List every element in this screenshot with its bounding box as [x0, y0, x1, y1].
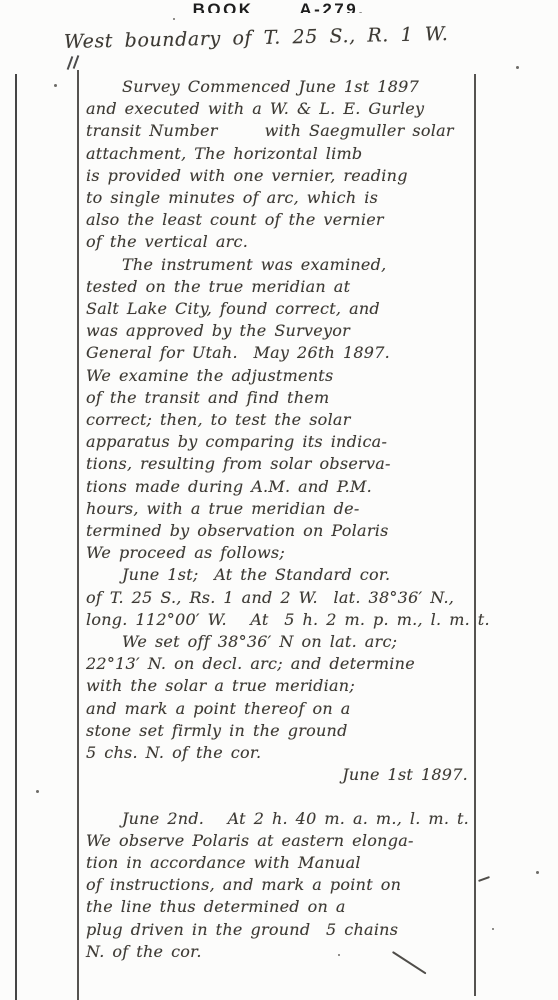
manuscript-line: We observe Polaris at eastern elonga- — [86, 830, 480, 852]
manuscript-line: 5 chs. N. of the cor. — [86, 742, 480, 764]
manuscript-line: of the vertical arc. — [86, 231, 480, 253]
manuscript-line: of T. 25 S., Rs. 1 and 2 W. lat. 38°36′ … — [86, 587, 480, 609]
scan-speck — [173, 18, 175, 20]
left-margin-rule — [77, 70, 79, 1000]
manuscript-line: Salt Lake City, found correct, and — [86, 298, 480, 320]
manuscript-line: June 1st; At the Standard cor. — [86, 564, 480, 586]
manuscript-line: N. of the cor. — [86, 941, 480, 963]
margin-tick-mark — [73, 55, 80, 69]
paragraph: June 1st 1897. — [86, 764, 480, 786]
manuscript-line: stone set firmly in the ground — [86, 720, 480, 742]
book-header-text: BOOK A-279. — [193, 0, 366, 13]
manuscript-line: We proceed as follows; — [86, 542, 480, 564]
manuscript-line: tions, resulting from solar observa- — [86, 453, 480, 475]
manuscript-line: also the least count of the vernier — [86, 209, 480, 231]
manuscript-line: tions made during A.M. and P.M. — [86, 476, 480, 498]
paragraph: The instrument was examined,tested on th… — [86, 254, 480, 565]
manuscript-line: June 2nd. At 2 h. 40 m. a. m., l. m. t. — [86, 808, 480, 830]
manuscript-line: the line thus determined on a — [86, 896, 480, 918]
manuscript-line: to single minutes of arc, which is — [86, 187, 480, 209]
manuscript-line: Survey Commenced June 1st 1897 — [86, 76, 480, 98]
manuscript-line: of the transit and find them — [86, 387, 480, 409]
manuscript-body: Survey Commenced June 1st 1897and execut… — [86, 76, 480, 963]
manuscript-line: and mark a point thereof on a — [86, 698, 480, 720]
scan-speck — [516, 66, 519, 69]
book-header-stamp: BOOK A-279. — [0, 0, 558, 13]
manuscript-line: termined by observation on Polaris — [86, 520, 480, 542]
manuscript-line: tion in accordance with Manual — [86, 852, 480, 874]
manuscript-line: We examine the adjustments — [86, 365, 480, 387]
manuscript-line: tested on the true meridian at — [86, 276, 480, 298]
scan-speck — [338, 954, 340, 956]
manuscript-line: We set off 38°36′ N on lat. arc; — [86, 631, 480, 653]
manuscript-line: apparatus by comparing its indica- — [86, 431, 480, 453]
page-title: West boundary of T. 25 S., R. 1 W. — [64, 23, 449, 53]
manuscript-line: 22°13′ N. on decl. arc; and determine — [86, 653, 480, 675]
binding-edge-line — [15, 74, 17, 1000]
scan-speck — [492, 928, 494, 930]
manuscript-line: June 1st 1897. — [86, 764, 468, 786]
manuscript-line: was approved by the Surveyor — [86, 320, 480, 342]
manuscript-line: is provided with one vernier, reading — [86, 165, 480, 187]
manuscript-line: and executed with a W. & L. E. Gurley — [86, 98, 480, 120]
paragraph: Survey Commenced June 1st 1897and execut… — [86, 76, 480, 254]
paragraph: June 1st; At the Standard cor.of T. 25 S… — [86, 564, 480, 631]
paragraph: We set off 38°36′ N on lat. arc;22°13′ N… — [86, 631, 480, 764]
manuscript-line: of instructions, and mark a point on — [86, 874, 480, 896]
manuscript-line: General for Utah. May 26th 1897. — [86, 342, 480, 364]
scan-speck — [536, 871, 539, 874]
paragraph: June 2nd. At 2 h. 40 m. a. m., l. m. t.W… — [86, 808, 480, 963]
scan-speck — [54, 84, 57, 87]
manuscript-line: The instrument was examined, — [86, 254, 480, 276]
manuscript-line: plug driven in the ground 5 chains — [86, 919, 480, 941]
manuscript-line: transit Number with Saegmuller solar — [86, 120, 480, 142]
manuscript-line: attachment, The horizontal limb — [86, 143, 480, 165]
manuscript-line: correct; then, to test the solar — [86, 409, 480, 431]
scan-speck — [36, 790, 39, 793]
scanned-survey-record-page: BOOK A-279. West boundary of T. 25 S., R… — [0, 0, 558, 1000]
manuscript-line: hours, with a true meridian de- — [86, 498, 480, 520]
manuscript-line: long. 112°00′ W. At 5 h. 2 m. p. m., l. … — [86, 609, 480, 631]
manuscript-line: with the solar a true meridian; — [86, 675, 480, 697]
